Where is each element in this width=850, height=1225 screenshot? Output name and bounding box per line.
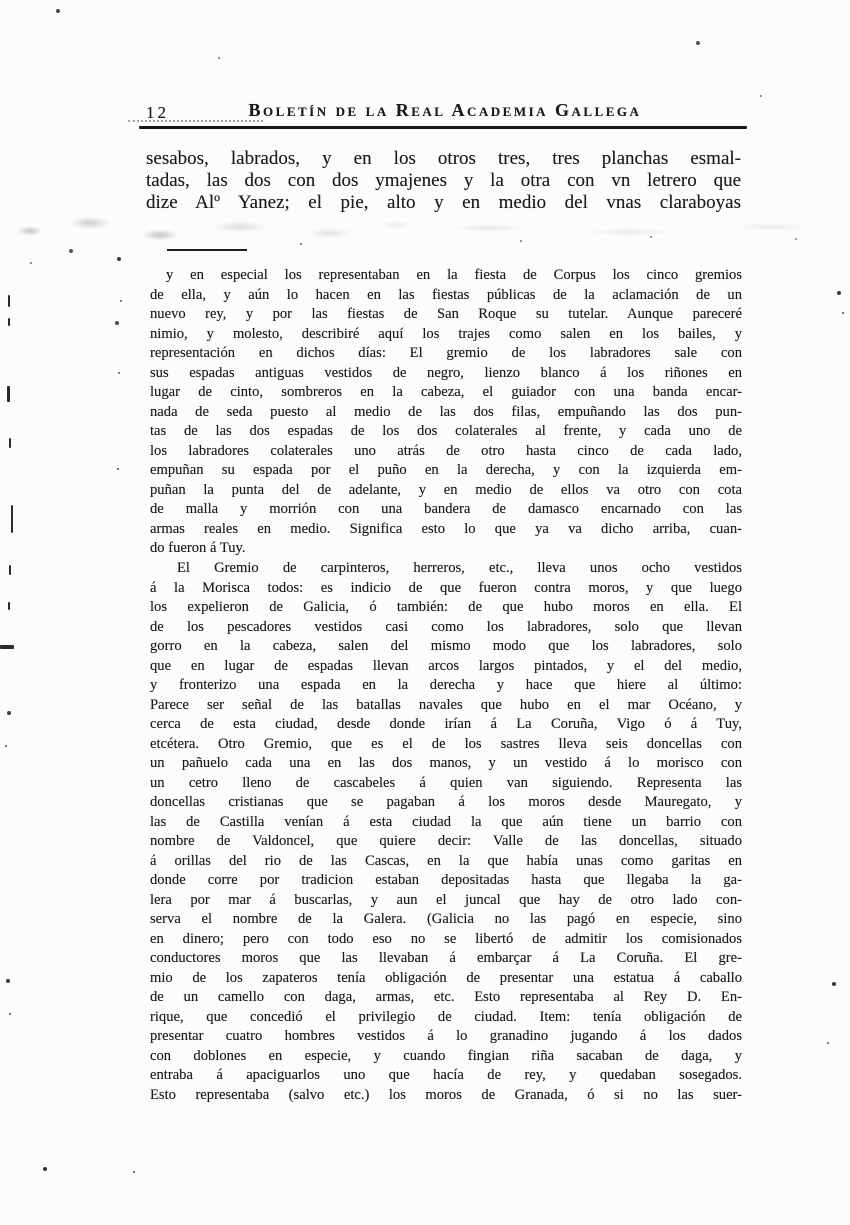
text-line: Esto representaba (salvo etc.) los moros…: [150, 1086, 742, 1106]
text-line: puñan la punta del de adelante, y en med…: [150, 481, 742, 501]
text-line: nuevo rey, y por las fiestas de San Roqu…: [150, 305, 742, 325]
text-line: lera por mar á buscarlas, y aun el junca…: [150, 891, 742, 911]
text-line: armas reales en medio. Significa esto lo…: [150, 520, 742, 540]
text-line: entraba á apaciguarlos uno que hacía de …: [150, 1066, 742, 1086]
text-line: los expelieron de Galicia, ó también: de…: [150, 598, 742, 618]
text-line: rique, que concedió el privilegio de ciu…: [150, 1008, 742, 1028]
main-paragraph: sesabos, labrados, y en los otros tres, …: [146, 148, 741, 213]
text-line: con doblones en especie, y cuando fingia…: [150, 1047, 742, 1067]
scanned-book-page: 12 Boletín de la Real Academia Gallega s…: [0, 0, 850, 1225]
text-line: y fronterizo una espada en la derecha y …: [150, 676, 742, 696]
text-line: un cetro lleno de cascabeles á quien van…: [150, 774, 742, 794]
text-line: do fueron á Tuy.: [150, 539, 742, 559]
scan-smudge-band: [0, 213, 430, 249]
text-line: que en lugar de espadas llevan arcos lar…: [150, 657, 742, 677]
text-line: nimio, y molesto, describiré aquí los tr…: [150, 325, 742, 345]
scan-margin-mark: [7, 386, 10, 402]
text-line: mio de los zapateros tenía obligación de…: [150, 969, 742, 989]
text-line: dize Alº Yanez; el pie, alto y en medio …: [146, 192, 741, 214]
footnote-separator-rule: [167, 249, 247, 251]
footnote-paragraph-1: y en especial los representaban en la fi…: [150, 266, 742, 559]
scan-margin-mark: [8, 602, 10, 610]
text-line: á orillas del rio de las Cascas, en la q…: [150, 852, 742, 872]
text-line: tadas, las dos con dos ymajenes y la otr…: [146, 170, 741, 192]
text-line: de los pescadores vestidos casi como los…: [150, 618, 742, 638]
footnote-paragraph-2: El Gremio de carpinteros, herreros, etc.…: [150, 559, 742, 1105]
text-line: donde corre por tradicion estaban deposi…: [150, 871, 742, 891]
text-line: representación en dichos días: El gremio…: [150, 344, 742, 364]
text-line: en dinero; pero con todo eso no se liber…: [150, 930, 742, 950]
text-line: las de Castilla venían á esta ciudad la …: [150, 813, 742, 833]
text-line: á la Morisca todos: es indicio de que fu…: [150, 579, 742, 599]
text-line: de ella, y aún lo hacen en las fiestas p…: [150, 286, 742, 306]
text-line: de malla y morrión con una bandera de da…: [150, 500, 742, 520]
scan-artifact-dotted-line: [128, 120, 263, 122]
scan-margin-mark: [0, 645, 14, 649]
text-line: cerca de esta ciudad, desde donde irían …: [150, 715, 742, 735]
text-line: tas de las dos espadas de los dos colate…: [150, 422, 742, 442]
scan-margin-mark: [9, 438, 11, 448]
text-line: Parece ser señal de las batallas navales…: [150, 696, 742, 716]
text-line: de un camello con daga, armas, etc. Esto…: [150, 988, 742, 1008]
scan-smudge-band: [430, 218, 850, 240]
text-line: sus espadas antiguas vestidos de negro, …: [150, 364, 742, 384]
text-line: sesabos, labrados, y en los otros tres, …: [146, 148, 741, 170]
text-line: empuñan su espada por el puño en la dere…: [150, 461, 742, 481]
header-rule: [139, 126, 747, 129]
text-line: conductores moros que las llevaban á emb…: [150, 949, 742, 969]
text-line: etcétera. Otro Gremio, que es el de los …: [150, 735, 742, 755]
text-line: un pañuelo cada una en las dos manos, y …: [150, 754, 742, 774]
text-line: presentar cuatro hombres vestidos á lo g…: [150, 1027, 742, 1047]
text-line: doncellas cristianas que se pagaban á lo…: [150, 793, 742, 813]
text-line: lugar de cinto, sombreros en la cabeza, …: [150, 383, 742, 403]
scan-margin-mark: [11, 505, 13, 533]
text-line: y en especial los representaban en la fi…: [150, 266, 742, 286]
text-line: los labradores colaterales uno atrás de …: [150, 442, 742, 462]
scan-margin-mark: [9, 565, 11, 575]
scan-noise-speckles: [0, 0, 2, 2]
text-line: serva el nombre de la Galera. (Galicia n…: [150, 910, 742, 930]
running-header-title: Boletín de la Real Academia Gallega: [145, 100, 745, 121]
text-line: gorro en la cabeza, salen del mismo modo…: [150, 637, 742, 657]
scan-margin-mark: [8, 295, 10, 307]
text-line: nombre de Valdoncel, que quiere decir: V…: [150, 832, 742, 852]
scan-margin-mark: [8, 318, 10, 326]
text-line: nada de seda puesto al medio de las dos …: [150, 403, 742, 423]
text-line: El Gremio de carpinteros, herreros, etc.…: [150, 559, 742, 579]
